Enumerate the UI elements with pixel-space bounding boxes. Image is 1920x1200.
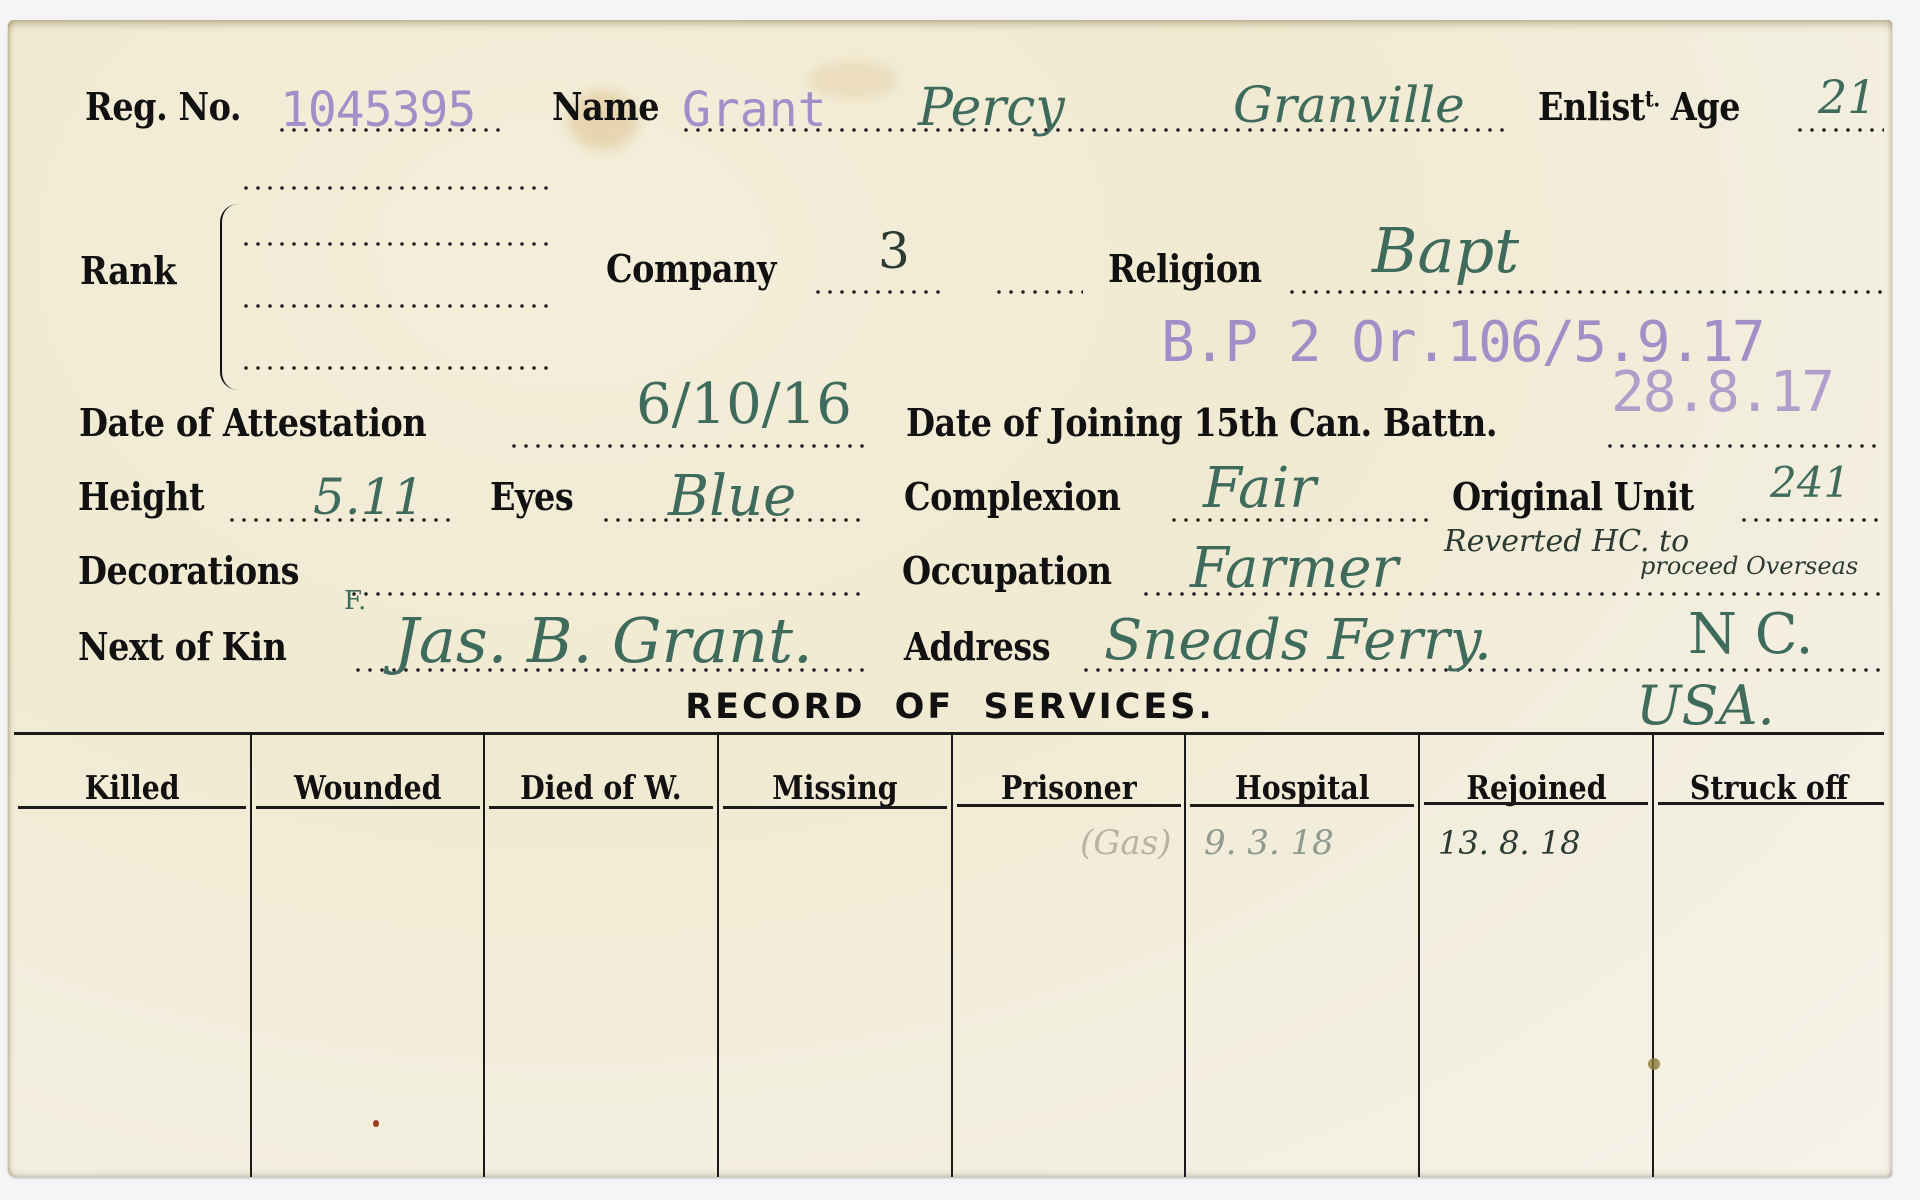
complexion-label: Complexion bbox=[904, 474, 1121, 519]
occupation-value: Farmer bbox=[1190, 536, 1398, 601]
religion-label: Religion bbox=[1108, 246, 1262, 291]
company-label: Company bbox=[606, 246, 776, 291]
original-unit-dotted-line bbox=[1738, 518, 1884, 522]
header-underline bbox=[723, 806, 947, 809]
height-label: Height bbox=[78, 474, 204, 519]
rank-line-1 bbox=[240, 186, 556, 190]
decorations-dotted-line bbox=[348, 592, 866, 596]
complexion-value: Fair bbox=[1203, 456, 1316, 521]
occupation-label: Occupation bbox=[902, 548, 1112, 593]
column-header-hospital: Hospital bbox=[1186, 758, 1418, 818]
reg-no-value: 1045395 bbox=[280, 82, 475, 138]
reg-no-label: Reg. No. bbox=[85, 84, 241, 129]
attestation-dotted-line bbox=[508, 444, 866, 448]
prisoner-cell-note: (Gas) bbox=[1080, 818, 1171, 868]
height-value: 5.11 bbox=[313, 468, 424, 526]
rejoined-cell-date: 13. 8. 18 bbox=[1438, 818, 1580, 868]
next-of-kin-relation: F. bbox=[344, 586, 366, 616]
joining-dotted-line bbox=[1604, 444, 1884, 448]
header-underline bbox=[957, 804, 1181, 807]
address-state: N C. bbox=[1688, 602, 1813, 667]
next-of-kin-label: Next of Kin bbox=[78, 624, 286, 669]
decorations-label: Decorations bbox=[78, 548, 299, 593]
occupation-note-line-2: proceed Overseas bbox=[1640, 552, 1858, 580]
name-given: Percy bbox=[918, 78, 1065, 138]
ink-spot bbox=[373, 1120, 379, 1127]
date-of-attestation-label: Date of Attestation bbox=[79, 400, 426, 445]
rank-brace bbox=[220, 204, 240, 390]
date-of-joining-label: Date of Joining 15th Can. Battn. bbox=[906, 400, 1497, 445]
eyes-value: Blue bbox=[668, 464, 796, 529]
header-underline bbox=[489, 806, 713, 809]
enlist-age-label: Enlistt. Age bbox=[1538, 84, 1740, 129]
rank-label: Rank bbox=[80, 248, 176, 293]
column-header-died-of-wounds: Died of W. bbox=[485, 758, 717, 818]
battalion-stamp-line-2: 28.8.17 bbox=[1611, 360, 1833, 425]
company-dotted-line-2 bbox=[993, 290, 1083, 294]
record-of-services-title: RECORD OF SERVICES. bbox=[8, 687, 1892, 727]
religion-dotted-line bbox=[1286, 290, 1884, 294]
pin-hole-stain bbox=[1648, 1058, 1660, 1070]
next-of-kin-value: Jas. B. Grant. bbox=[394, 604, 813, 677]
column-header-rejoined: Rejoined bbox=[1420, 758, 1652, 818]
original-unit-value: 241 bbox=[1770, 458, 1850, 507]
rank-line-3 bbox=[240, 304, 556, 308]
column-header-struck-off: Struck off bbox=[1654, 758, 1884, 818]
rank-line-4 bbox=[240, 366, 556, 370]
eyes-label: Eyes bbox=[490, 474, 573, 519]
age-dotted-line bbox=[1794, 128, 1884, 132]
name-surname: Grant bbox=[682, 82, 827, 138]
religion-value: Bapt bbox=[1372, 214, 1519, 287]
hospital-cell-date: 9. 3. 18 bbox=[1204, 818, 1334, 868]
name-label: Name bbox=[552, 84, 659, 129]
header-underline bbox=[256, 806, 480, 809]
date-of-attestation-value: 6/10/16 bbox=[636, 372, 852, 437]
address-label: Address bbox=[904, 624, 1050, 669]
attestation-record-card: Reg. No. 1045395 Name Grant Percy Granvi… bbox=[8, 20, 1892, 1177]
column-header-killed: Killed bbox=[14, 758, 250, 818]
name-middle: Granville bbox=[1233, 76, 1465, 134]
header-underline bbox=[1658, 802, 1884, 805]
company-value: 3 bbox=[878, 222, 910, 280]
column-header-missing: Missing bbox=[719, 758, 951, 818]
original-unit-label: Original Unit bbox=[1452, 474, 1694, 519]
header-underline bbox=[1190, 804, 1414, 807]
company-dotted-line bbox=[812, 290, 942, 294]
table-top-rule bbox=[14, 732, 1884, 735]
rank-line-2 bbox=[240, 242, 556, 246]
column-header-prisoner: Prisoner bbox=[953, 758, 1184, 818]
address-line-1: Sneads Ferry. bbox=[1104, 608, 1492, 673]
column-header-wounded: Wounded bbox=[252, 758, 483, 818]
header-underline bbox=[1424, 802, 1648, 805]
enlist-age-value: 21 bbox=[1818, 70, 1877, 124]
header-underline bbox=[18, 806, 246, 809]
